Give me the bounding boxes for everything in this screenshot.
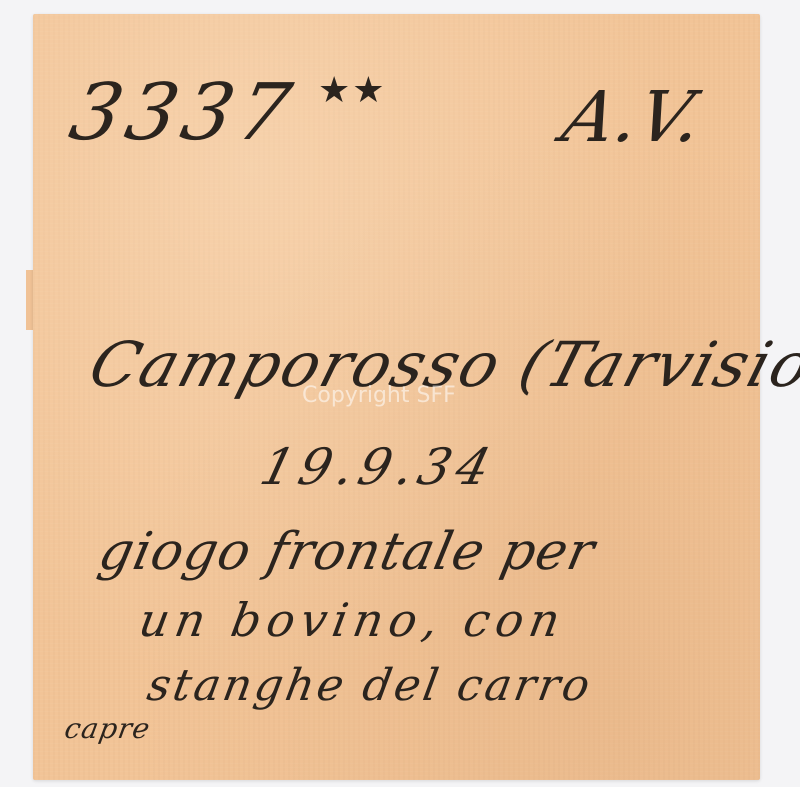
catalog-number: 3337 bbox=[62, 68, 304, 158]
description-line: un bovino, con bbox=[135, 593, 570, 647]
date: 19.9.34 bbox=[255, 438, 502, 496]
description-line: stanghe del carro bbox=[144, 660, 597, 711]
margin-note: capre bbox=[62, 712, 153, 745]
copyright-watermark: Copyright SFF bbox=[302, 383, 456, 408]
star-marks-icon: ★★ bbox=[318, 70, 387, 111]
description-line: giogo frontale per bbox=[94, 522, 601, 582]
author-initials: A.V. bbox=[555, 76, 713, 158]
